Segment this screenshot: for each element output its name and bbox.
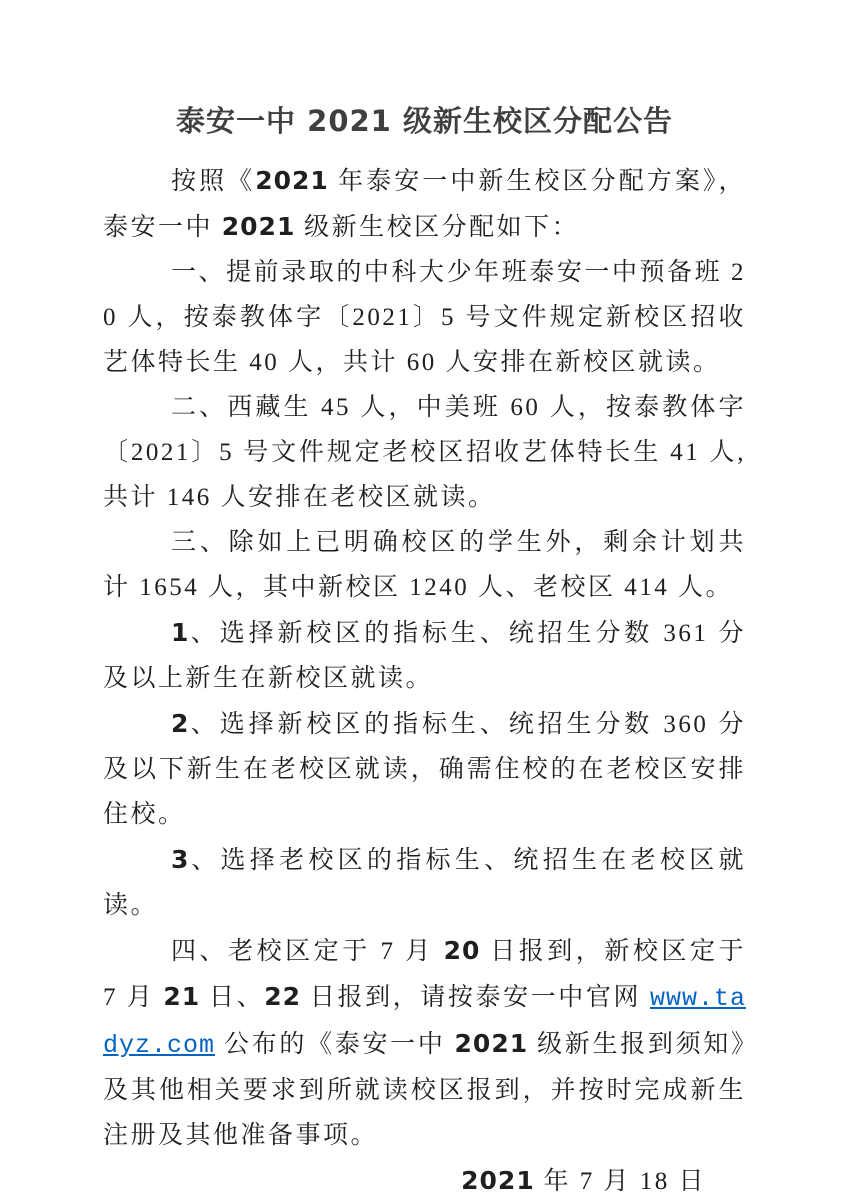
text-segment: 21 [163, 982, 200, 1011]
text-segment: 三、除如上已明确校区的学生外，剩余计划共计 1654 人，其中新校区 1240 … [103, 529, 746, 601]
text-segment: 日报到，请按泰安一中官网 [301, 984, 650, 1011]
text-segment: 3 [171, 845, 189, 874]
text-segment: 2021 [222, 212, 296, 241]
sub-item-1-paragraph: 1、选择新校区的指标生、统招生分数 361 分及以上新生在新校区就读。 [103, 610, 746, 701]
document-body: 按照《2021 年泰安一中新生校区分配方案》，泰安一中 2021 级新生校区分配… [103, 158, 746, 1200]
text-segment: 年 7 月 18 日 [535, 1168, 706, 1195]
text-segment: 2021 [255, 166, 329, 195]
item-1-paragraph: 一、提前录取的中科大少年班泰安一中预备班 20 人，按泰教体字〔2021〕5 号… [103, 250, 746, 385]
item-2-paragraph: 二、西藏生 45 人，中美班 60 人，按泰教体字〔2021〕5 号文件规定老校… [103, 385, 746, 520]
text-segment: 一、提前录取的中科大少年班泰安一中预备班 20 人，按泰教体字〔2021〕5 号… [103, 259, 746, 376]
document-title: 泰安一中 2021 级新生校区分配公告 [103, 100, 746, 142]
text-segment: 22 [264, 982, 301, 1011]
intro-paragraph: 按照《2021 年泰安一中新生校区分配方案》，泰安一中 2021 级新生校区分配… [103, 158, 746, 250]
sub-item-3-paragraph: 3、选择老校区的指标生、统招生在老校区就读。 [103, 837, 746, 928]
text-segment: 公布的《泰安一中 [215, 1031, 455, 1058]
text-segment: 20 [444, 936, 481, 965]
text-segment: 二、西藏生 45 人，中美班 60 人，按泰教体字〔2021〕5 号文件规定老校… [103, 394, 746, 511]
text-segment: 2 [171, 709, 189, 738]
text-segment: 1 [171, 618, 189, 647]
sub-item-2-paragraph: 2、选择新校区的指标生、统招生分数 360 分及以下新生在老校区就读，确需住校的… [103, 701, 746, 837]
text-segment: 、选择老校区的指标生、统招生在老校区就读。 [103, 847, 746, 919]
text-segment: 、选择新校区的指标生、统招生分数 361 分及以上新生在新校区就读。 [103, 620, 746, 692]
text-segment: 级新生校区分配如下： [295, 214, 579, 241]
item-3-paragraph: 三、除如上已明确校区的学生外，剩余计划共计 1654 人，其中新校区 1240 … [103, 520, 746, 610]
text-segment: 2021 [461, 1166, 535, 1195]
document-page: 泰安一中 2021 级新生校区分配公告 按照《2021 年泰安一中新生校区分配方… [0, 0, 848, 1200]
text-segment: 按照《 [171, 168, 255, 195]
text-segment: 、选择新校区的指标生、统招生分数 360 分及以下新生在老校区就读，确需住校的在… [103, 711, 746, 828]
date-line: 2021 年 7 月 18 日 [103, 1158, 746, 1200]
text-segment: 日、 [200, 984, 264, 1011]
item-4-paragraph: 四、老校区定于 7 月 20 日报到，新校区定于 7 月 21 日、22 日报到… [103, 928, 746, 1158]
text-segment: 2021 [455, 1029, 529, 1058]
text-segment: 四、老校区定于 7 月 [171, 938, 444, 965]
